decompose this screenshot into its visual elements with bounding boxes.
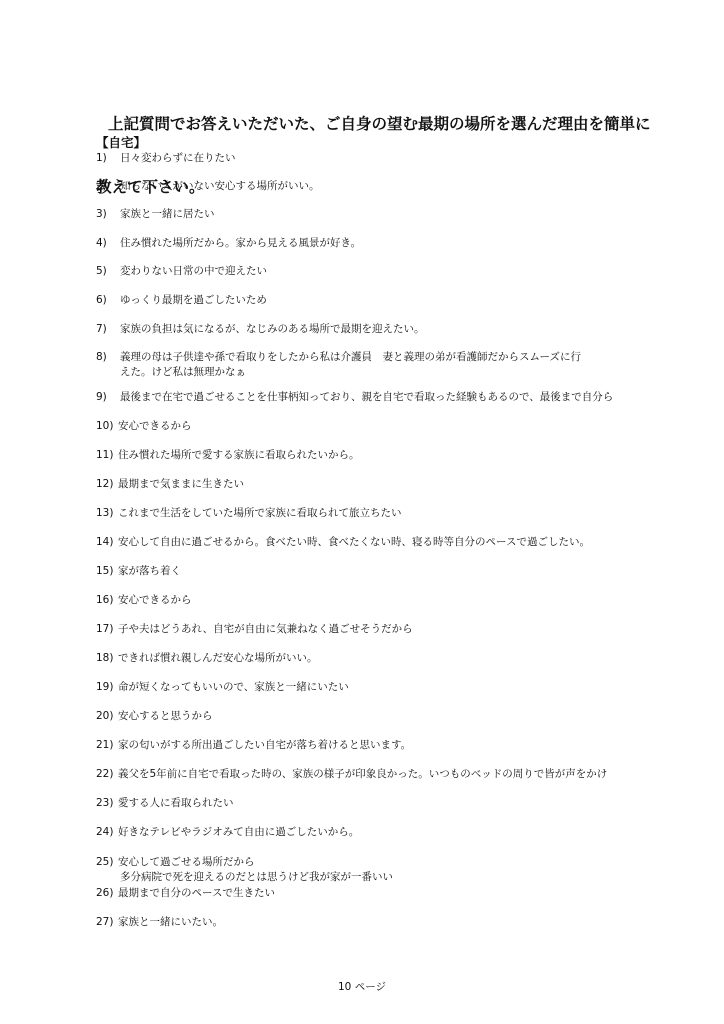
list-item: 17)子や夫はどうあれ、自宅が自由に気兼ねなく過ごせそうだから: [96, 622, 628, 637]
list-item: 2)知らない人がいない安心する場所がいい。: [96, 179, 628, 194]
page-number: 10 ページ: [0, 980, 724, 994]
item-number: 8): [96, 350, 120, 365]
item-number: 1): [96, 151, 120, 166]
item-text: 家族の負担は気になるが、なじみのある場所で最期を迎えたい。: [120, 323, 425, 335]
list-item: 8)義理の母は子供達や孫で看取りをしたから私は介護員 妻と義理の弟が看護師だから…: [96, 350, 628, 380]
item-number: 5): [96, 264, 120, 279]
item-number: 20): [96, 709, 118, 724]
item-text: 義父を5年前に自宅で看取った時の、家族の様子が印象良かった。いつものベッドの周り…: [118, 768, 607, 780]
item-number: 14): [96, 535, 118, 550]
item-text: できれば慣れ親しんだ安心な場所がいい。: [118, 652, 318, 664]
item-number: 22): [96, 767, 118, 782]
item-number: 16): [96, 593, 118, 608]
item-text: 愛する人に看取られたい: [118, 797, 234, 809]
section-header-home: 【自宅】: [96, 135, 146, 151]
item-number: 21): [96, 738, 118, 753]
item-text: 変わりない日常の中で迎えたい: [120, 265, 267, 277]
list-item: 16)安心できるから: [96, 593, 628, 608]
item-text: 安心すると思うから: [118, 710, 213, 722]
item-text: これまで生活をしていた場所で家族に看取られて旅立ちたい: [118, 507, 402, 519]
item-number: 7): [96, 322, 120, 337]
item-text: 義理の母は子供達や孫で看取りをしたから私は介護員 妻と義理の弟が看護師だからスム…: [120, 351, 581, 363]
item-text: 最期まで気ままに生きたい: [118, 478, 244, 490]
item-text: 家の匂いがする所出過ごしたい自宅が落ち着けると思います。: [118, 739, 411, 751]
list-item: 14)安心して自由に過ごせるから。食べたい時、食べたくない時、寝る時等自分のペー…: [96, 535, 628, 550]
item-number: 17): [96, 622, 118, 637]
item-number: 15): [96, 564, 118, 579]
list-item: 18)できれば慣れ親しんだ安心な場所がいい。: [96, 651, 628, 666]
item-text: 住み慣れた場所で愛する家族に看取られたいから。: [118, 449, 360, 461]
item-text: 知らない人がいない安心する場所がいい。: [120, 180, 320, 192]
list-item: 23)愛する人に看取られたい: [96, 796, 628, 811]
item-number: 18): [96, 651, 118, 666]
list-item: 24)好きなテレビやラジオみて自由に過ごしたいから。: [96, 825, 628, 840]
list-item: 19)命が短くなってもいいので、家族と一緒にいたい: [96, 680, 628, 695]
item-text: 最後まで在宅で過ごせることを仕事柄知っており、親を自宅で看取った経験もあるので、…: [120, 391, 613, 403]
item-number: 4): [96, 236, 120, 251]
item-text: 安心できるから: [118, 420, 192, 432]
item-number: 12): [96, 477, 118, 492]
list-item: 21)家の匂いがする所出過ごしたい自宅が落ち着けると思います。: [96, 738, 628, 753]
list-item: 12)最期まで気ままに生きたい: [96, 477, 628, 492]
list-item: 13)これまで生活をしていた場所で家族に看取られて旅立ちたい: [96, 506, 628, 521]
list-item: 26)最期まで自分のペースで生きたい: [96, 886, 628, 901]
item-number: 24): [96, 825, 118, 840]
list-item: 20)安心すると思うから: [96, 709, 628, 724]
list-item: 15)家が落ち着く: [96, 564, 628, 579]
item-number: 27): [96, 915, 118, 930]
list-item: 6)ゆっくり最期を過ごしたいため: [96, 293, 628, 308]
item-text: 好きなテレビやラジオみて自由に過ごしたいから。: [118, 826, 359, 838]
question-title-line-1: 上記質問でお答えいただいた、ご自身の望む最期の場所を選んだ理由を簡単に: [96, 114, 656, 135]
document-page: 上記質問でお答えいただいた、ご自身の望む最期の場所を選んだ理由を簡単に 教えて下…: [0, 0, 724, 1024]
list-item: 4)住み慣れた場所だから。家から見える風景が好き。: [96, 236, 628, 251]
item-text: ゆっくり最期を過ごしたいため: [120, 294, 267, 306]
item-text: 子や夫はどうあれ、自宅が自由に気兼ねなく過ごせそうだから: [118, 623, 413, 635]
list-item: 10)安心できるから: [96, 419, 628, 434]
list-item: 3)家族と一緒に居たい: [96, 207, 628, 222]
item-number: 3): [96, 207, 120, 222]
item-text: 安心して自由に過ごせるから。食べたい時、食べたくない時、寝る時等自分のペースで過…: [118, 536, 590, 548]
item-text-continuation: 多分病院で死を迎えるのだとは思うけど我が家が一番いい: [96, 870, 628, 885]
item-text: 家族と一緒にいたい。: [118, 916, 223, 928]
item-text: 安心して過ごせる場所だから: [118, 856, 255, 868]
item-text: 最期まで自分のペースで生きたい: [118, 887, 275, 899]
list-item: 25)安心して過ごせる場所だから多分病院で死を迎えるのだとは思うけど我が家が一番…: [96, 855, 628, 885]
list-item: 27)家族と一緒にいたい。: [96, 915, 628, 930]
item-number: 26): [96, 886, 118, 901]
list-item: 5)変わりない日常の中で迎えたい: [96, 264, 628, 279]
item-number: 25): [96, 855, 118, 870]
item-text: 家族と一緒に居たい: [120, 208, 215, 220]
item-number: 11): [96, 448, 118, 463]
item-text: 安心できるから: [118, 594, 192, 606]
item-number: 6): [96, 293, 120, 308]
list-item: 22)義父を5年前に自宅で看取った時の、家族の様子が印象良かった。いつものベッド…: [96, 767, 628, 782]
item-text: 命が短くなってもいいので、家族と一緒にいたい: [118, 681, 349, 693]
list-item: 9)最後まで在宅で過ごせることを仕事柄知っており、親を自宅で看取った経験もあるの…: [96, 390, 628, 405]
item-number: 19): [96, 680, 118, 695]
item-number: 10): [96, 419, 118, 434]
item-number: 23): [96, 796, 118, 811]
item-text-continuation: えた。けど私は無理かなぁ: [96, 365, 628, 380]
item-number: 13): [96, 506, 118, 521]
item-number: 2): [96, 179, 120, 194]
list-item: 7)家族の負担は気になるが、なじみのある場所で最期を迎えたい。: [96, 322, 628, 337]
item-text: 日々変わらずに在りたい: [120, 152, 236, 164]
list-item: 1)日々変わらずに在りたい: [96, 151, 628, 166]
list-item: 11)住み慣れた場所で愛する家族に看取られたいから。: [96, 448, 628, 463]
item-number: 9): [96, 390, 120, 405]
item-text: 住み慣れた場所だから。家から見える風景が好き。: [120, 237, 361, 249]
item-text: 家が落ち着く: [118, 565, 181, 577]
